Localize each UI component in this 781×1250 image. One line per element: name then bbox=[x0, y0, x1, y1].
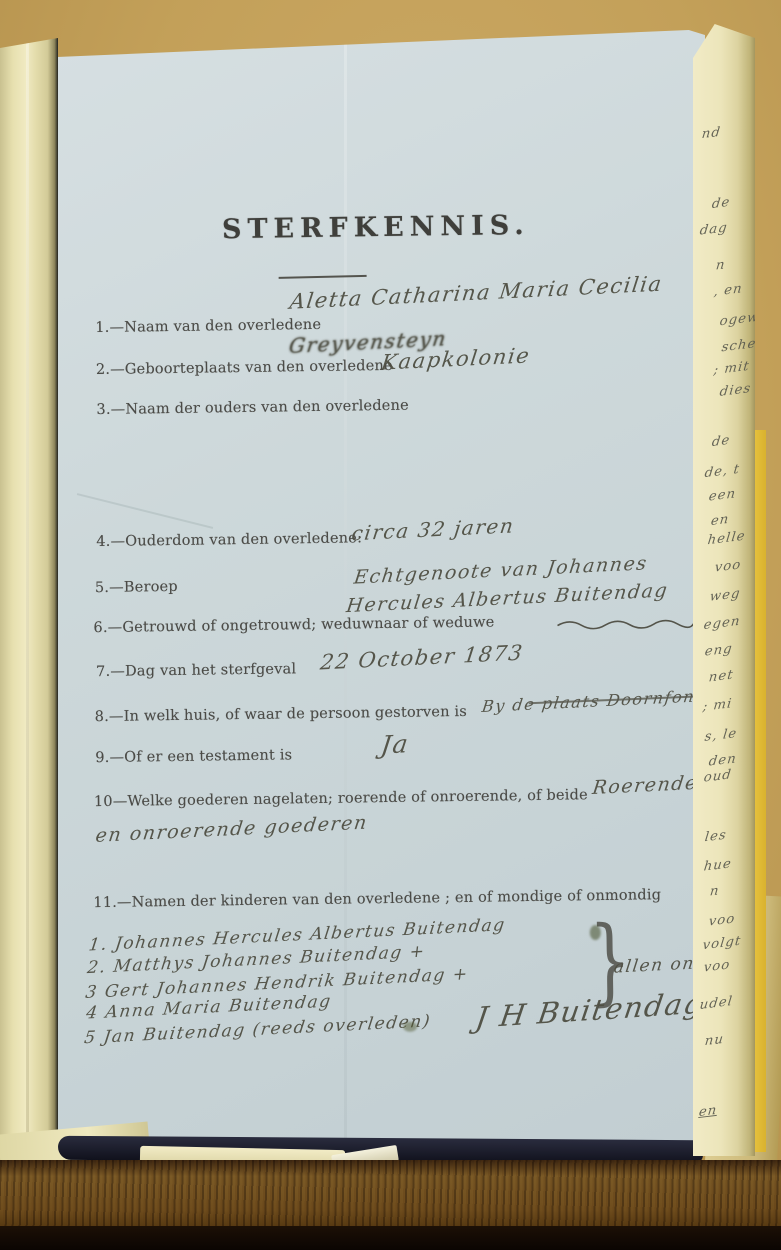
manuscript-fragment: hue bbox=[703, 856, 733, 874]
photographed-death-notice-scene: STERFKENNIS. 1.—Naam van den overledene … bbox=[0, 0, 781, 1250]
manuscript-fragment: voo bbox=[708, 911, 736, 929]
manuscript-fragment: en bbox=[698, 1103, 718, 1120]
manuscript-fragment: s, le bbox=[704, 726, 738, 745]
manuscript-fragment: ; mit bbox=[713, 359, 751, 378]
field-11-label: 11.—Namen der kinderen van den overleden… bbox=[93, 887, 661, 911]
manuscript-fragment: les bbox=[704, 828, 728, 846]
manuscript-fragment: en bbox=[710, 512, 730, 529]
field-1-answer: Aletta Catharina Maria Cecilia bbox=[288, 272, 664, 314]
manuscript-fragment: nu bbox=[704, 1032, 725, 1049]
field-10-answer: Roerende bbox=[591, 772, 699, 799]
field-10-answer-line2: en onroerende goederen bbox=[94, 812, 369, 847]
field-6-dash-mark bbox=[555, 616, 695, 632]
manuscript-fragment: net bbox=[708, 668, 734, 686]
manuscript-fragment: weg bbox=[709, 586, 741, 605]
manuscript-fragment: voo bbox=[714, 557, 742, 575]
field-4-number: 4.— bbox=[96, 534, 125, 550]
left-folded-page-edge bbox=[0, 38, 58, 1160]
manuscript-fragment: volgt bbox=[702, 934, 742, 954]
manuscript-fragment: dag bbox=[699, 220, 729, 238]
field-6-number: 6.— bbox=[93, 620, 122, 636]
manuscript-fragment: de, t bbox=[704, 462, 741, 481]
signature: J H Buitendag bbox=[473, 986, 706, 1035]
field-5-number: 5.— bbox=[95, 580, 124, 596]
manuscript-fragment: ; mi bbox=[702, 696, 733, 714]
table-edge-shadow bbox=[0, 1226, 781, 1250]
field-3-number: 3.— bbox=[96, 402, 125, 418]
field-2-number: 2.— bbox=[96, 362, 125, 378]
manuscript-fragment: een bbox=[708, 486, 737, 504]
paper-fold-line bbox=[26, 38, 29, 1160]
manuscript-fragment: schel bbox=[721, 336, 755, 356]
field-2-label: 2.—Geboorteplaats van den overledene bbox=[96, 358, 393, 378]
manuscript-fragment: nd bbox=[701, 125, 722, 142]
form-title: STERFKENNIS. bbox=[222, 210, 530, 245]
field-10-label: 10—Welke goederen nagelaten; roerende of… bbox=[94, 787, 588, 810]
field-7-answer: 22 October 1873 bbox=[319, 641, 525, 675]
field-4-label: 4.—Ouderdom van den overledene: bbox=[96, 530, 362, 550]
field-10-number: 10— bbox=[94, 794, 128, 810]
field-8-number: 8.— bbox=[95, 709, 124, 725]
manuscript-fragment: egen bbox=[703, 614, 741, 633]
field-9-label: 9.—Of er een testament is bbox=[95, 747, 292, 766]
manuscript-fragment: oud bbox=[703, 767, 733, 785]
field-9-number: 9.— bbox=[95, 750, 124, 766]
field-11-number: 11.— bbox=[93, 895, 132, 912]
manuscript-fragment: voo bbox=[703, 957, 731, 975]
manuscript-fragment: de bbox=[711, 433, 731, 450]
manuscript-fragment: de bbox=[711, 195, 731, 212]
ink-blot bbox=[590, 925, 601, 940]
manuscript-fragment: dies bbox=[719, 381, 752, 400]
field-1-label: 1.—Naam van den overledene bbox=[95, 317, 321, 336]
field-7-label: 7.—Dag van het sterfgeval bbox=[96, 661, 296, 680]
field-3-label: 3.—Naam der ouders van den overledene bbox=[96, 398, 409, 418]
manuscript-fragment: udel bbox=[699, 994, 734, 1013]
form-content: STERFKENNIS. 1.—Naam van den overledene … bbox=[49, 26, 713, 1157]
curled-manuscript-page-edge: nd de dag n , en ogew schel ; mit dies d… bbox=[693, 24, 755, 1156]
manuscript-fragment: den bbox=[708, 751, 738, 769]
field-1-number: 1.— bbox=[95, 320, 124, 336]
field-6-label: 6.—Getrouwd of ongetrouwd; weduwnaar of … bbox=[93, 615, 494, 637]
field-4-answer: circa 32 jaren bbox=[350, 513, 516, 545]
field-8-label: 8.—In welk huis, of waar de persoon gest… bbox=[95, 704, 467, 725]
death-notice-page: STERFKENNIS. 1.—Naam van den overledene … bbox=[57, 30, 705, 1152]
manuscript-fragment: , en bbox=[713, 281, 744, 299]
manuscript-fragment: n bbox=[715, 257, 726, 273]
manuscript-fragment: helle bbox=[707, 529, 746, 548]
manuscript-fragment: eng bbox=[704, 641, 734, 659]
field-9-answer: Ja bbox=[379, 729, 411, 759]
manuscript-fragment: n bbox=[709, 883, 720, 899]
title-divider bbox=[279, 275, 367, 279]
field-5-label: 5.—Beroep bbox=[95, 579, 178, 596]
manuscript-fragment: ogew bbox=[719, 310, 755, 330]
field-7-number: 7.— bbox=[96, 664, 125, 680]
